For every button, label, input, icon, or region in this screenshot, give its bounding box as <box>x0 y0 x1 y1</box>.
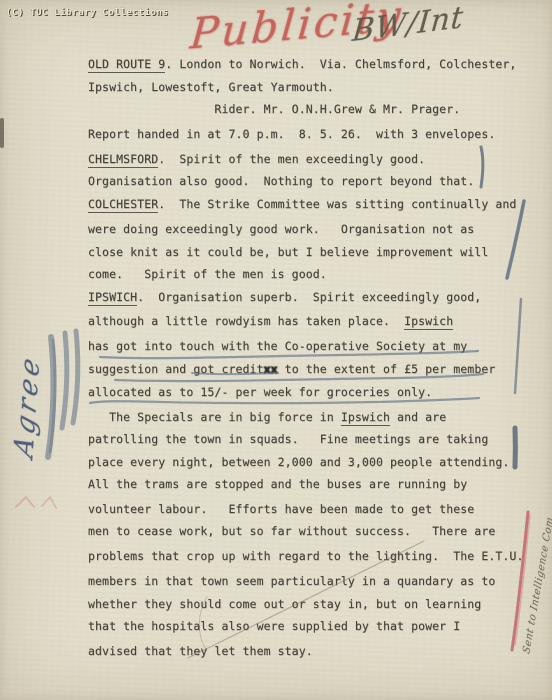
typed-line: men to cease work, but so far without su… <box>88 525 495 538</box>
scan-edge-artifact <box>0 118 4 148</box>
typed-line: has got into touch with the Co-operative… <box>88 340 467 353</box>
typed-line: were doing exceedingly good work. Organi… <box>88 223 474 236</box>
typed-line: although a little rowdyism has taken pla… <box>88 315 453 328</box>
handwritten-side-note: Sent to Intelligence Com. <box>521 510 552 658</box>
library-watermark: (C) TUC Library Collections <box>6 8 169 18</box>
typed-line: place every night, between 2,000 and 3,0… <box>88 456 509 469</box>
typed-line: Organisation also good. Nothing to repor… <box>88 175 474 188</box>
typed-line: patrolling the town in squads. Fine meet… <box>88 433 488 446</box>
typed-line: that the hospitals also were supplied by… <box>88 620 460 633</box>
typed-line: All the trams are stopped and the buses … <box>88 478 467 491</box>
typed-line: Ipswich, Lowestoft, Great Yarmouth. <box>88 81 334 94</box>
typed-line: whether they should come out or stay in,… <box>88 598 481 611</box>
faint-red-mark <box>42 497 56 508</box>
typed-line: COLCHESTER. The Strike Committee was sit… <box>88 198 516 211</box>
right-margin-slash <box>507 201 524 278</box>
scanned-report-page: (C) TUC Library Collections Publicity BW… <box>0 0 552 700</box>
left-margin-stroke <box>73 331 78 423</box>
typed-line: allocated as to 15/- per week for grocer… <box>88 386 432 399</box>
typed-line: problems that crop up with regard to the… <box>88 550 523 563</box>
typed-line: close knit as it could be, but I believe… <box>88 246 488 259</box>
faint-red-mark <box>16 497 34 507</box>
typed-line: CHELMSFORD. Spirit of the men exceedingl… <box>88 153 425 166</box>
left-margin-stroke <box>50 340 55 452</box>
right-margin-tick <box>481 147 483 187</box>
typed-line: IPSWICH. Organisation superb. Spirit exc… <box>88 291 481 304</box>
left-margin-stroke <box>48 337 53 457</box>
typed-line: advised that they let them stay. <box>88 645 313 658</box>
typed-line: come. Spirit of the men is good. <box>88 268 327 281</box>
handwritten-margin-word: Agree <box>8 321 49 490</box>
typed-line: members in that town seem particularly i… <box>88 575 495 588</box>
typed-line: volunteer labour. Efforts have been made… <box>88 503 474 516</box>
typed-line: Report handed in at 7.0 p.m. 8. 5. 26. w… <box>88 128 495 141</box>
right-margin-tick <box>515 299 521 393</box>
typed-line: OLD ROUTE 9. London to Norwich. Via. Che… <box>88 58 516 71</box>
typed-line: Rider. Mr. O.N.H.Grew & Mr. Prager. <box>88 103 460 116</box>
typed-line: The Specials are in big force in Ipswich… <box>88 411 446 424</box>
typed-line: suggestion and got creditxx to the exten… <box>88 363 495 376</box>
left-margin-stroke <box>62 333 67 428</box>
